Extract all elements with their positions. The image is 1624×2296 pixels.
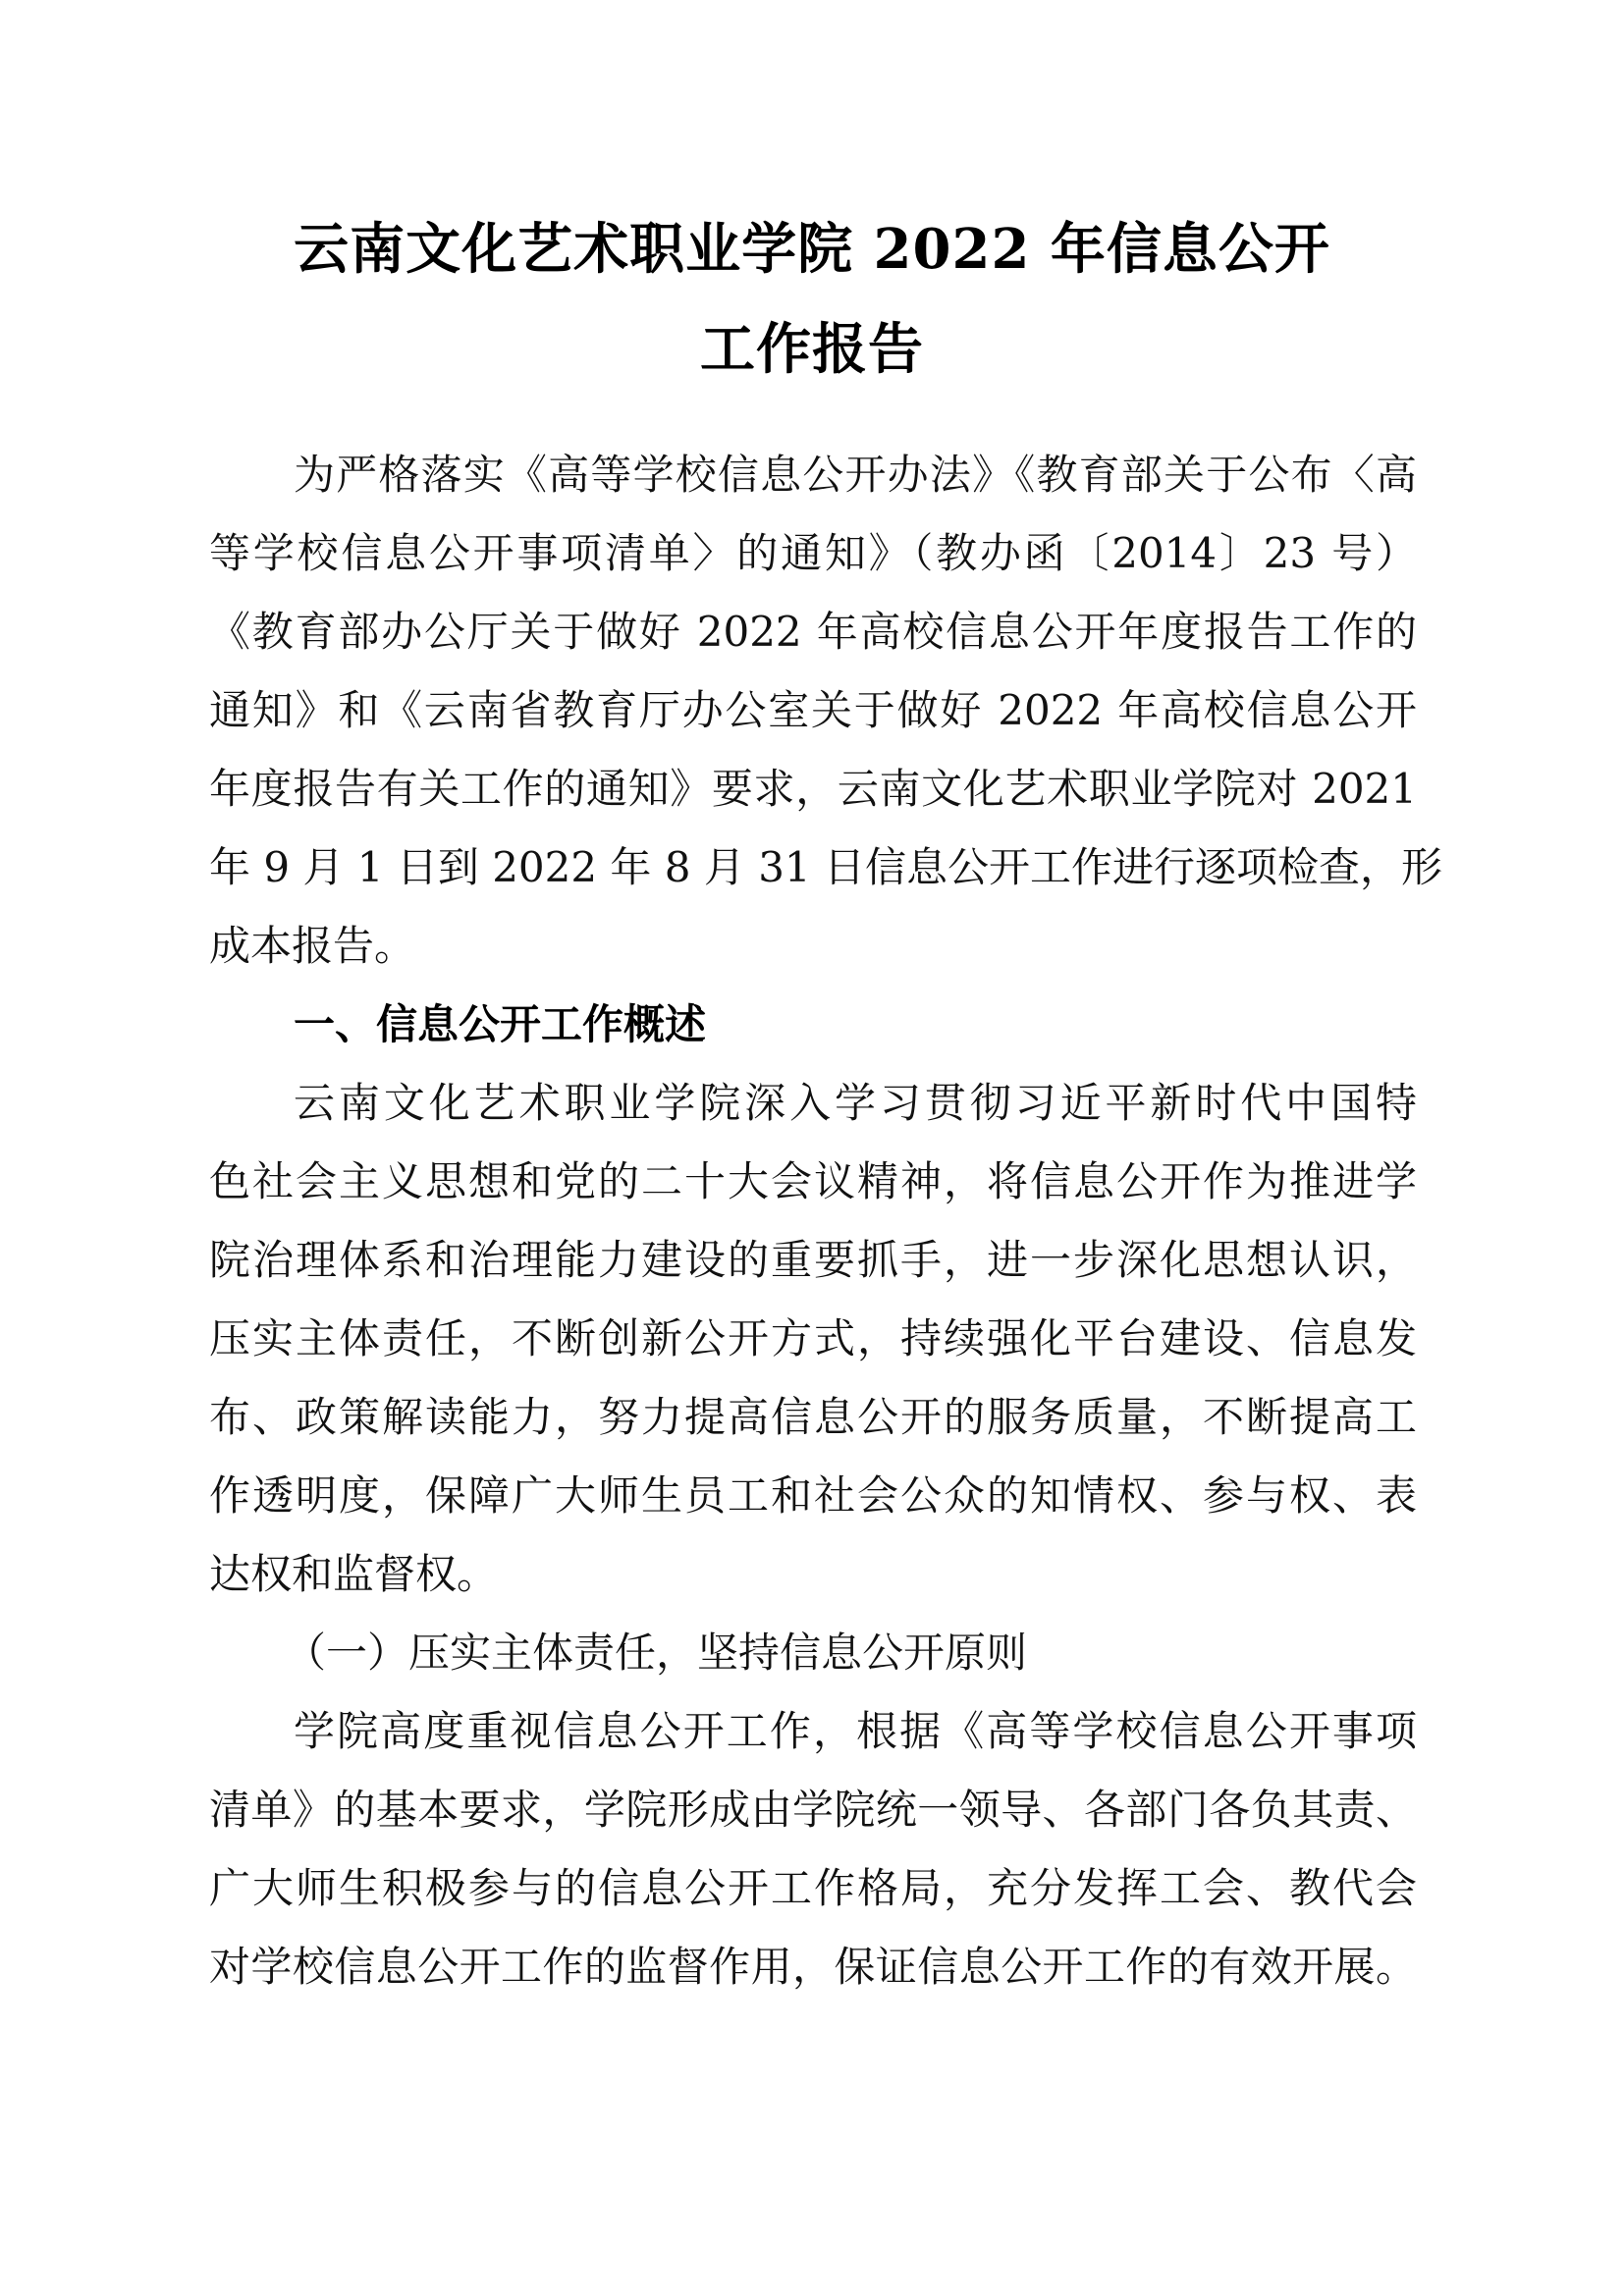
document-title-line-2: 工作报告 — [0, 318, 1624, 381]
intro-paragraph-line: 通知》和《云南省教育厅办公室关于做好 2022 年高校信息公开 — [209, 683, 1417, 738]
subsection-paragraph-line: 对学校信息公开工作的监督作用，保证信息公开工作的有效开展。 — [209, 1940, 1417, 1995]
section-paragraph-line: 压实主体责任，不断创新公开方式，持续强化平台建设、信息发 — [209, 1311, 1417, 1366]
document-title-line-1: 云南文化艺术职业学院 2022 年信息公开 — [0, 218, 1624, 281]
section-heading: 一、信息公开工作概述 — [294, 997, 706, 1052]
section-paragraph-line: 色社会主义思想和党的二十大会议精神，将信息公开作为推进学 — [209, 1154, 1417, 1209]
intro-paragraph-line: 等学校信息公开事项清单〉的通知》（教办函〔2014〕23 号） — [209, 526, 1417, 581]
section-paragraph-line: 院治理体系和治理能力建设的重要抓手，进一步深化思想认识， — [209, 1233, 1417, 1288]
section-paragraph-line: 作透明度，保障广大师生员工和社会公众的知情权、参与权、表 — [209, 1468, 1417, 1523]
section-paragraph-line: 布、政策解读能力，努力提高信息公开的服务质量，不断提高工 — [209, 1390, 1417, 1445]
subsection-heading: （一）压实主体责任，坚持信息公开原则 — [285, 1626, 1027, 1681]
document-page: 云南文化艺术职业学院 2022 年信息公开 工作报告 为严格落实《高等学校信息公… — [0, 0, 1624, 2296]
intro-paragraph-line: 《教育部办公厅关于做好 2022 年高校信息公开年度报告工作的 — [209, 605, 1417, 660]
section-paragraph-line: 达权和监督权。 — [209, 1547, 1417, 1602]
subsection-paragraph-line: 学院高度重视信息公开工作，根据《高等学校信息公开事项 — [294, 1704, 1417, 1759]
intro-paragraph-line: 年度报告有关工作的通知》要求，云南文化艺术职业学院对 2021 — [209, 762, 1417, 817]
intro-paragraph-line: 年 9 月 1 日到 2022 年 8 月 31 日信息公开工作进行逐项检查，形 — [209, 840, 1417, 895]
subsection-paragraph-line: 清单》的基本要求，学院形成由学院统一领导、各部门各负其责、 — [209, 1783, 1417, 1838]
subsection-paragraph-line: 广大师生积极参与的信息公开工作格局，充分发挥工会、教代会 — [209, 1861, 1417, 1916]
intro-paragraph-line: 成本报告。 — [209, 919, 1417, 974]
intro-paragraph-line: 为严格落实《高等学校信息公开办法》《教育部关于公布〈高 — [294, 448, 1417, 503]
section-paragraph-line: 云南文化艺术职业学院深入学习贯彻习近平新时代中国特 — [294, 1076, 1417, 1131]
